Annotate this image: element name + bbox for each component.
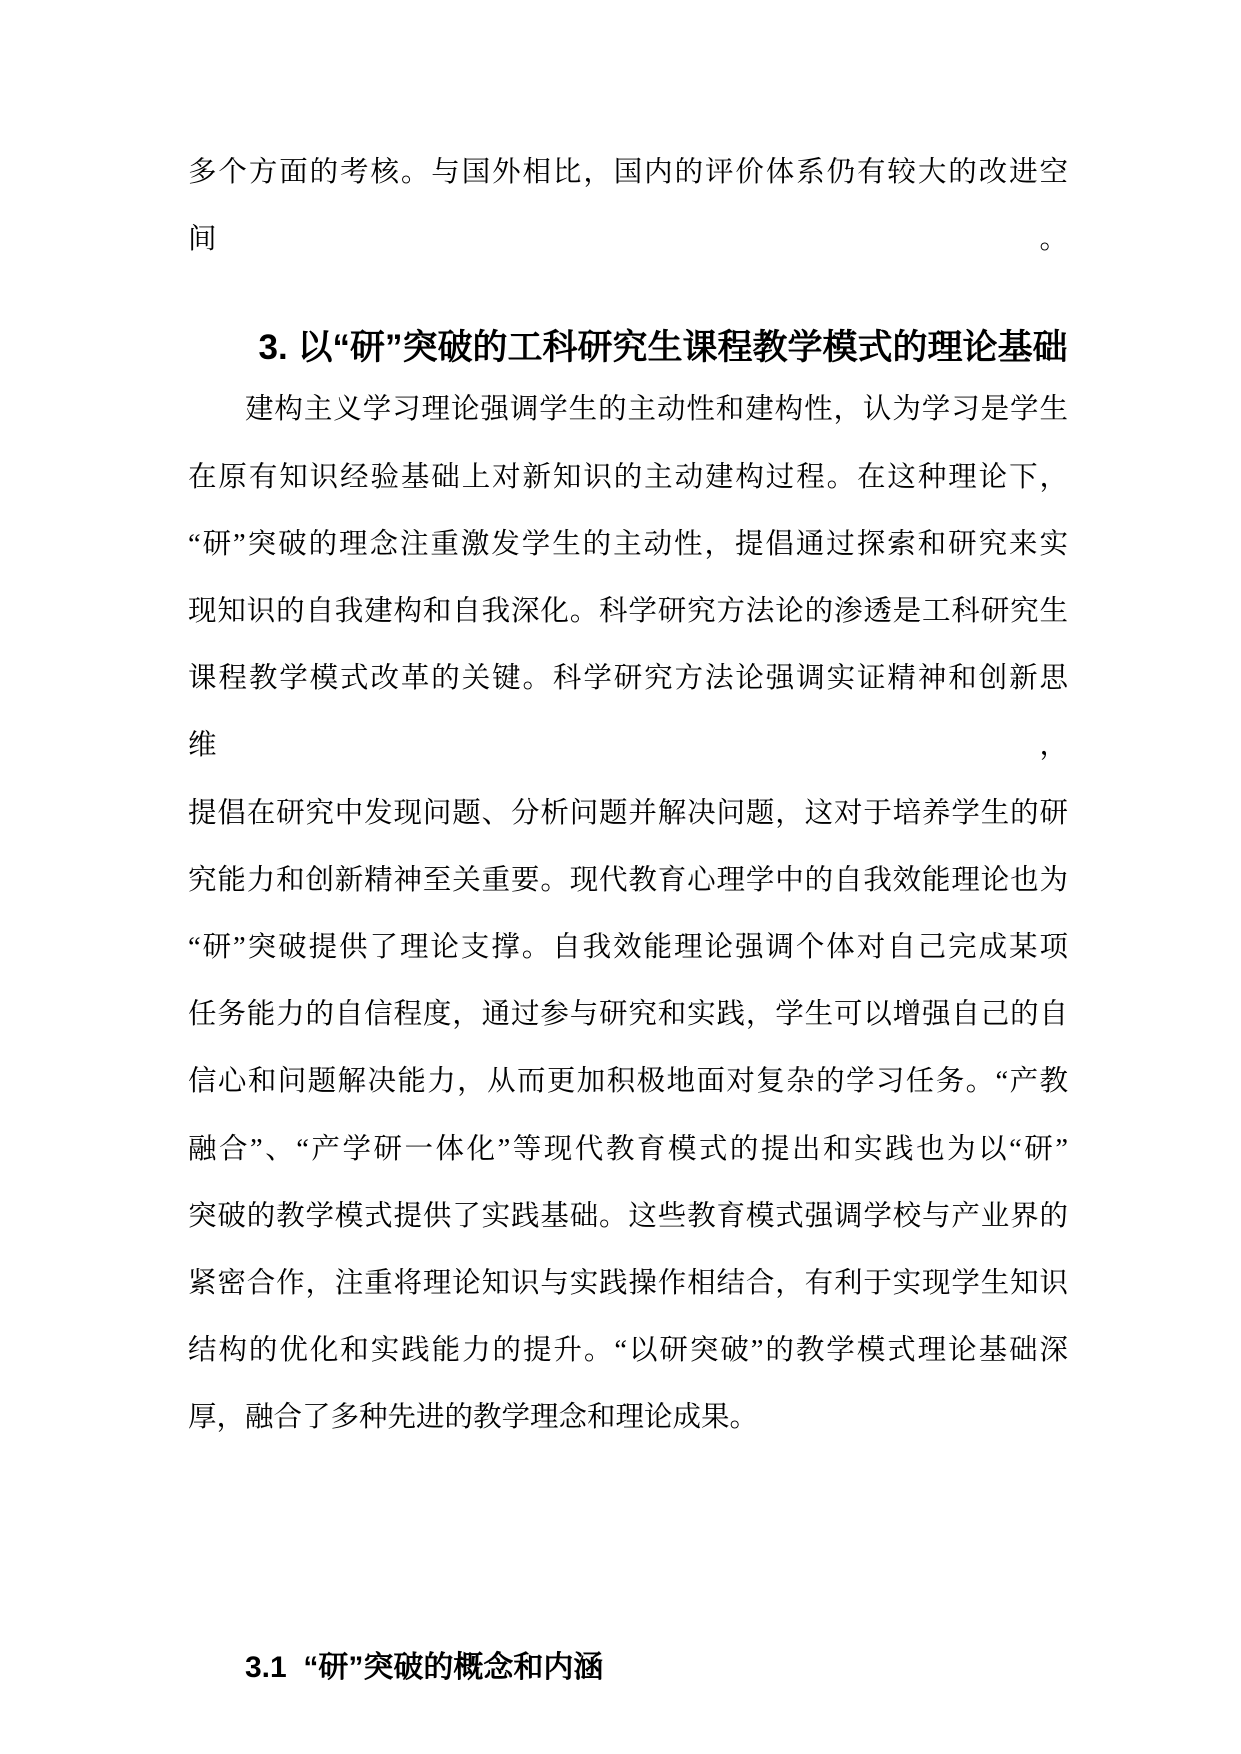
- paragraph-line: “研”突破提供了理论支撑。自我效能理论强调个体对自己完成某项: [188, 914, 1068, 981]
- paragraph-line: 突破的教学模式提供了实践基础。这些教育模式强调学校与产业界的: [188, 1183, 1068, 1250]
- section-heading: 3. 以“研”突破的工科研究生课程教学模式的理论基础: [188, 323, 1068, 373]
- paragraph-line: 课程教学模式改革的关键。科学研究方法论强调实证精神和创新思维，: [188, 645, 1068, 779]
- paragraph-line: 建构主义学习理论强调学生的主动性和建构性，认为学习是学生: [188, 376, 1068, 443]
- paragraph-line: 结构的优化和实践能力的提升。“以研突破”的教学模式理论基础深: [188, 1317, 1068, 1384]
- paragraph-line: 在原有知识经验基础上对新知识的主动建构过程。在这种理论下，: [188, 444, 1068, 511]
- document-page: 多个方面的考核。与国外相比，国内的评价体系仍有较大的改进空间。 3. 以“研”突…: [0, 0, 1241, 1754]
- subsection-heading: 3.1 “研”突破的概念和内涵: [245, 1646, 1068, 1690]
- paragraph-line: “研”突破的理念注重激发学生的主动性，提倡通过探索和研究来实: [188, 511, 1068, 578]
- paragraph-line: 信心和问题解决能力，从而更加积极地面对复杂的学习任务。“产教: [188, 1048, 1068, 1115]
- document-content: 多个方面的考核。与国外相比，国内的评价体系仍有较大的改进空间。 3. 以“研”突…: [188, 139, 1068, 1690]
- intro-paragraph-line: 多个方面的考核。与国外相比，国内的评价体系仍有较大的改进空间。: [188, 139, 1068, 273]
- paragraph-line: 究能力和创新精神至关重要。现代教育心理学中的自我效能理论也为: [188, 847, 1068, 914]
- paragraph-line: 提倡在研究中发现问题、分析问题并解决问题，这对于培养学生的研: [188, 780, 1068, 847]
- paragraph-line: 任务能力的自信程度，通过参与研究和实践，学生可以增强自己的自: [188, 981, 1068, 1048]
- paragraph-line: 紧密合作，注重将理论知识与实践操作相结合，有利于实现学生知识: [188, 1250, 1068, 1317]
- paragraph-line: 融合”、“产学研一体化”等现代教育模式的提出和实践也为以“研”: [188, 1116, 1068, 1183]
- paragraph-line: 现知识的自我建构和自我深化。科学研究方法论的渗透是工科研究生: [188, 578, 1068, 645]
- paragraph-line: 厚，融合了多种先进的教学理念和理论成果。: [188, 1384, 1068, 1451]
- body-paragraph: 建构主义学习理论强调学生的主动性和建构性，认为学习是学生在原有知识经验基础上对新…: [188, 376, 1068, 1451]
